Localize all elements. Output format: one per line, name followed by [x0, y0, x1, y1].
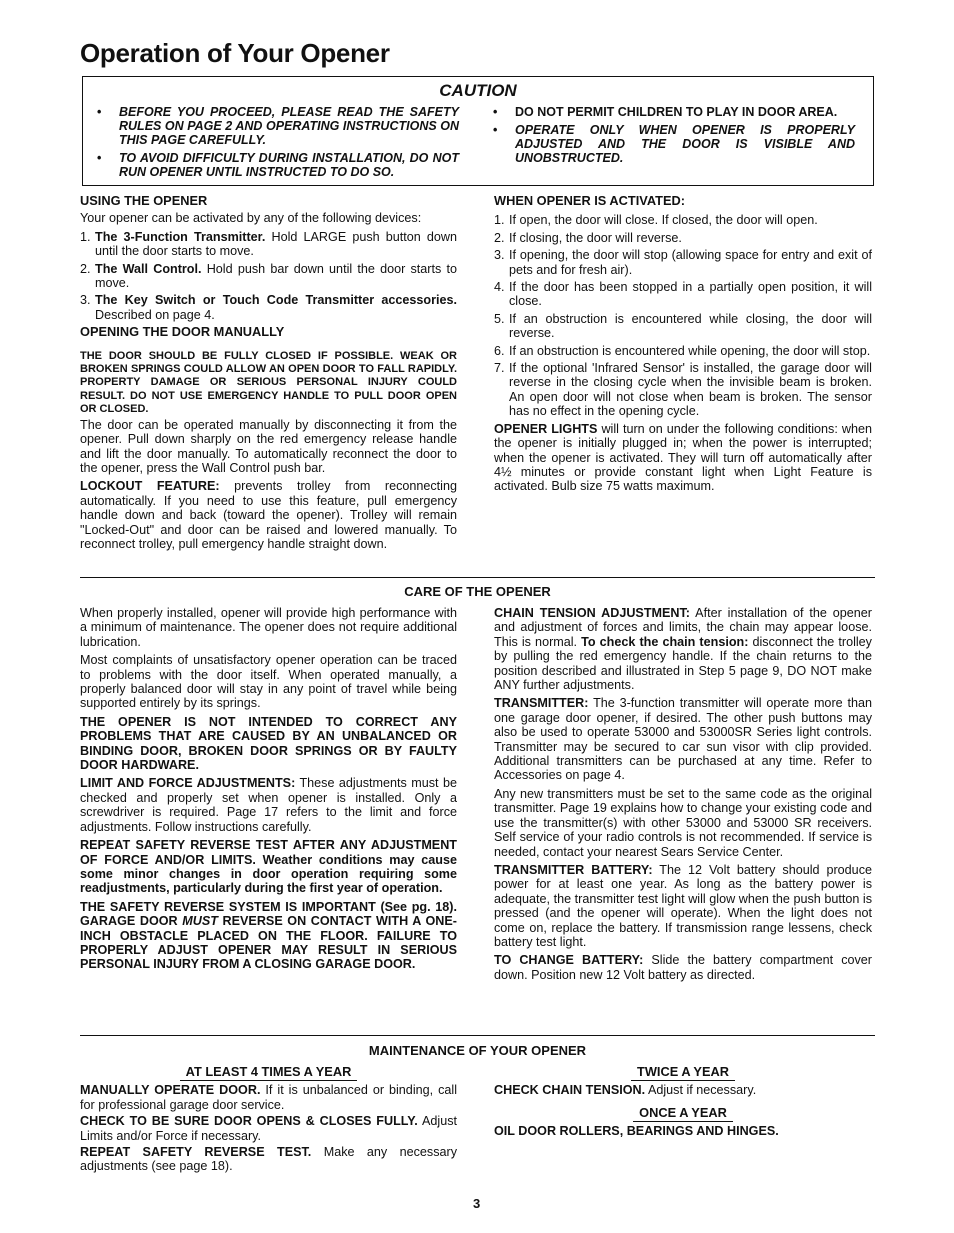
caution-right-column: • DO NOT PERMIT CHILDREN TO PLAY IN DOOR… [493, 105, 855, 169]
paragraph: OIL DOOR ROLLERS, BEARINGS AND HINGES. [494, 1124, 872, 1138]
list-item: 5.If an obstruction is encountered while… [494, 312, 872, 341]
caution-left-column: • BEFORE YOU PROCEED, PLEASE READ THE SA… [97, 105, 459, 183]
paragraph: MANUALLY OPERATE DOOR. If it is unbalanc… [80, 1083, 457, 1112]
page-number: 3 [473, 1196, 480, 1211]
caution-item: • DO NOT PERMIT CHILDREN TO PLAY IN DOOR… [493, 105, 855, 119]
bullet-icon: • [97, 105, 119, 147]
section-heading: USING THE OPENER [80, 194, 457, 208]
paragraph: LOCKOUT FEATURE: prevents trolley from r… [80, 479, 457, 551]
list-item: 1. The 3-Function Transmitter. Hold LARG… [80, 230, 457, 259]
paragraph: TO CHANGE BATTERY: Slide the battery com… [494, 953, 872, 982]
warning-text: THE DOOR SHOULD BE FULLY CLOSED IF POSSI… [80, 350, 457, 417]
care-right-column: CHAIN TENSION ADJUSTMENT: After installa… [494, 606, 872, 986]
bullet-icon: • [493, 123, 515, 165]
using-opener-section: USING THE OPENER Your opener can be acti… [80, 194, 457, 555]
paragraph: THE OPENER IS NOT INTENDED TO CORRECT AN… [80, 715, 457, 773]
paragraph: Your opener can be activated by any of t… [80, 211, 457, 225]
list-item: 1.If open, the door will close. If close… [494, 213, 872, 227]
caution-box: CAUTION • BEFORE YOU PROCEED, PLEASE REA… [82, 76, 874, 186]
paragraph: CHECK TO BE SURE DOOR OPENS & CLOSES FUL… [80, 1114, 457, 1143]
list-item: 2.If closing, the door will reverse. [494, 231, 872, 245]
sub-heading: TWICE A YEAR [494, 1065, 872, 1079]
caution-item: • BEFORE YOU PROCEED, PLEASE READ THE SA… [97, 105, 459, 147]
caution-title: CAUTION [83, 81, 873, 101]
sub-heading: ONCE A YEAR [494, 1106, 872, 1120]
list-item: 3.If opening, the door will stop (allowi… [494, 248, 872, 277]
document-page: Operation of Your Opener CAUTION • BEFOR… [0, 0, 954, 1233]
section-heading: MAINTENANCE OF YOUR OPENER [80, 1043, 875, 1058]
paragraph: Most complaints of unsatisfactory opener… [80, 653, 457, 711]
section-heading: CARE OF THE OPENER [80, 584, 875, 599]
care-left-column: When properly installed, opener will pro… [80, 606, 457, 976]
when-activated-section: WHEN OPENER IS ACTIVATED: 1.If open, the… [494, 194, 872, 498]
paragraph: When properly installed, opener will pro… [80, 606, 457, 649]
caution-item: • TO AVOID DIFFICULTY DURING INSTALLATIO… [97, 151, 459, 179]
sub-heading: AT LEAST 4 TIMES A YEAR [80, 1065, 457, 1079]
paragraph: CHECK CHAIN TENSION. Adjust if necessary… [494, 1083, 872, 1097]
caution-item: • OPERATE ONLY WHEN OPENER IS PROPERLY A… [493, 123, 855, 165]
bullet-icon: • [97, 151, 119, 179]
section-heading: OPENING THE DOOR MANUALLY [80, 325, 457, 339]
divider [80, 1035, 875, 1036]
list-item: 7.If the optional 'Infrared Sensor' is i… [494, 361, 872, 419]
section-heading: WHEN OPENER IS ACTIVATED: [494, 194, 872, 208]
list-item: 4.If the door has been stopped in a part… [494, 280, 872, 309]
page-title: Operation of Your Opener [80, 38, 390, 69]
paragraph: TRANSMITTER: The 3-function transmitter … [494, 696, 872, 782]
paragraph: Any new transmitters must be set to the … [494, 787, 872, 859]
list-item: 2. The Wall Control. Hold push bar down … [80, 262, 457, 291]
paragraph: REPEAT SAFETY REVERSE TEST AFTER ANY ADJ… [80, 838, 457, 896]
list-item: 3. The Key Switch or Touch Code Transmit… [80, 293, 457, 322]
paragraph: OPENER LIGHTS will turn on under the fol… [494, 422, 872, 494]
bullet-icon: • [493, 105, 515, 119]
paragraph: CHAIN TENSION ADJUSTMENT: After installa… [494, 606, 872, 692]
paragraph: LIMIT AND FORCE ADJUSTMENTS: These adjus… [80, 776, 457, 834]
maintenance-four-times: AT LEAST 4 TIMES A YEAR MANUALLY OPERATE… [80, 1065, 457, 1178]
maintenance-twice-once: TWICE A YEAR CHECK CHAIN TENSION. Adjust… [494, 1065, 872, 1143]
paragraph: THE SAFETY REVERSE SYSTEM IS IMPORTANT (… [80, 900, 457, 972]
paragraph: TRANSMITTER BATTERY: The 12 Volt battery… [494, 863, 872, 949]
list-item: 6.If an obstruction is encountered while… [494, 344, 872, 358]
divider [80, 577, 875, 578]
paragraph: The door can be operated manually by dis… [80, 418, 457, 476]
paragraph: REPEAT SAFETY REVERSE TEST. Make any nec… [80, 1145, 457, 1174]
